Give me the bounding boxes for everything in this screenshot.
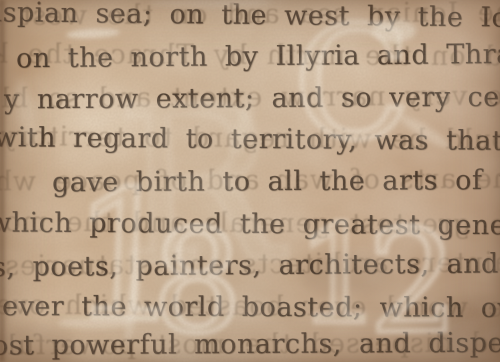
watermark-digit: 2 [367,211,460,355]
book-page-scan: the Ionian sea and on the west by the an… [0,0,500,362]
watermark-digit: 8 [152,212,242,354]
paper-smudge [372,19,416,42]
paper-smudge [58,317,130,329]
